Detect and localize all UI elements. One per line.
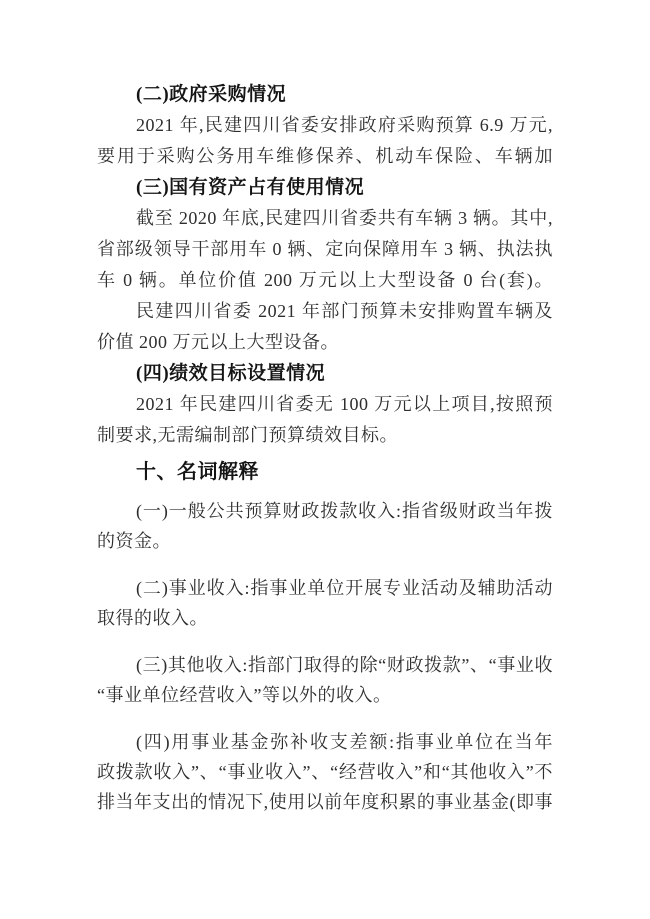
text-line: 的资金。 bbox=[97, 526, 553, 556]
text-line: (三)其他收入:指部门取得的除“财政拨款”、“事业收入”、 bbox=[97, 650, 553, 680]
text-line: (四)用事业基金弥补收支差额:指事业单位在当年的“财 bbox=[97, 727, 553, 757]
heading-glossary: 十、名词解释 bbox=[97, 457, 553, 488]
text-line: 价值 200 万元以上大型设备。 bbox=[97, 327, 553, 358]
heading-government-procurement: (二)政府采购情况 bbox=[97, 79, 553, 110]
text-line: “事业单位经营收入”等以外的收入。 bbox=[97, 680, 553, 710]
heading-state-owned-assets: (三)国有资产占有使用情况 bbox=[97, 172, 553, 203]
definition-general-public-budget-income: (一)一般公共预算财政拨款收入:指省级财政当年拨付 的资金。 bbox=[97, 496, 553, 556]
text-line: 省部级领导干部用车 0 辆、定向保障用车 3 辆、执法执勤用 bbox=[97, 234, 553, 265]
definition-fund-balance: (四)用事业基金弥补收支差额:指事业单位在当年的“财 政拨款收入”、“事业收入”… bbox=[97, 727, 553, 817]
text-line: 制要求,无需编制部门预算绩效目标。 bbox=[97, 420, 553, 451]
text-line: (二)事业收入:指事业单位开展专业活动及辅助活动所 bbox=[97, 573, 553, 603]
document-page: (二)政府采购情况 2021 年,民建四川省委安排政府采购预算 6.9 万元,主… bbox=[0, 0, 650, 919]
text-line: 车 0 辆。单位价值 200 万元以上大型设备 0 台(套)。 bbox=[97, 265, 553, 296]
heading-performance-targets: (四)绩效目标设置情况 bbox=[97, 358, 553, 389]
text-line: (一)一般公共预算财政拨款收入:指省级财政当年拨付 bbox=[97, 496, 553, 526]
paragraph-no-purchases: 民建四川省委 2021 年部门预算未安排购置车辆及单位 价值 200 万元以上大… bbox=[97, 296, 553, 358]
text-line: 要用于采购公务用车维修保养、机动车保险、车辆加油。 bbox=[97, 141, 553, 172]
text-line: 政拨款收入”、“事业收入”、“经营收入”和“其他收入”不足以安 bbox=[97, 757, 553, 787]
text-line: 取得的收入。 bbox=[97, 603, 553, 633]
paragraph-performance: 2021 年民建四川省委无 100 万元以上项目,按照预算编 制要求,无需编制部… bbox=[97, 389, 553, 451]
definition-operational-income: (二)事业收入:指事业单位开展专业活动及辅助活动所 取得的收入。 bbox=[97, 573, 553, 633]
text-line: 民建四川省委 2021 年部门预算未安排购置车辆及单位 bbox=[97, 296, 553, 327]
paragraph-vehicles: 截至 2020 年底,民建四川省委共有车辆 3 辆。其中, 省部级领导干部用车 … bbox=[97, 203, 553, 296]
paragraph-procurement: 2021 年,民建四川省委安排政府采购预算 6.9 万元,主 要用于采购公务用车… bbox=[97, 110, 553, 172]
definition-other-income: (三)其他收入:指部门取得的除“财政拨款”、“事业收入”、 “事业单位经营收入”… bbox=[97, 650, 553, 710]
text-line: 2021 年民建四川省委无 100 万元以上项目,按照预算编 bbox=[97, 389, 553, 420]
text-line: 排当年支出的情况下,使用以前年度积累的事业基金(即事业 bbox=[97, 787, 553, 817]
text-line: 截至 2020 年底,民建四川省委共有车辆 3 辆。其中, bbox=[97, 203, 553, 234]
document-body: (二)政府采购情况 2021 年,民建四川省委安排政府采购预算 6.9 万元,主… bbox=[97, 79, 553, 817]
text-line: 2021 年,民建四川省委安排政府采购预算 6.9 万元,主 bbox=[97, 110, 553, 141]
